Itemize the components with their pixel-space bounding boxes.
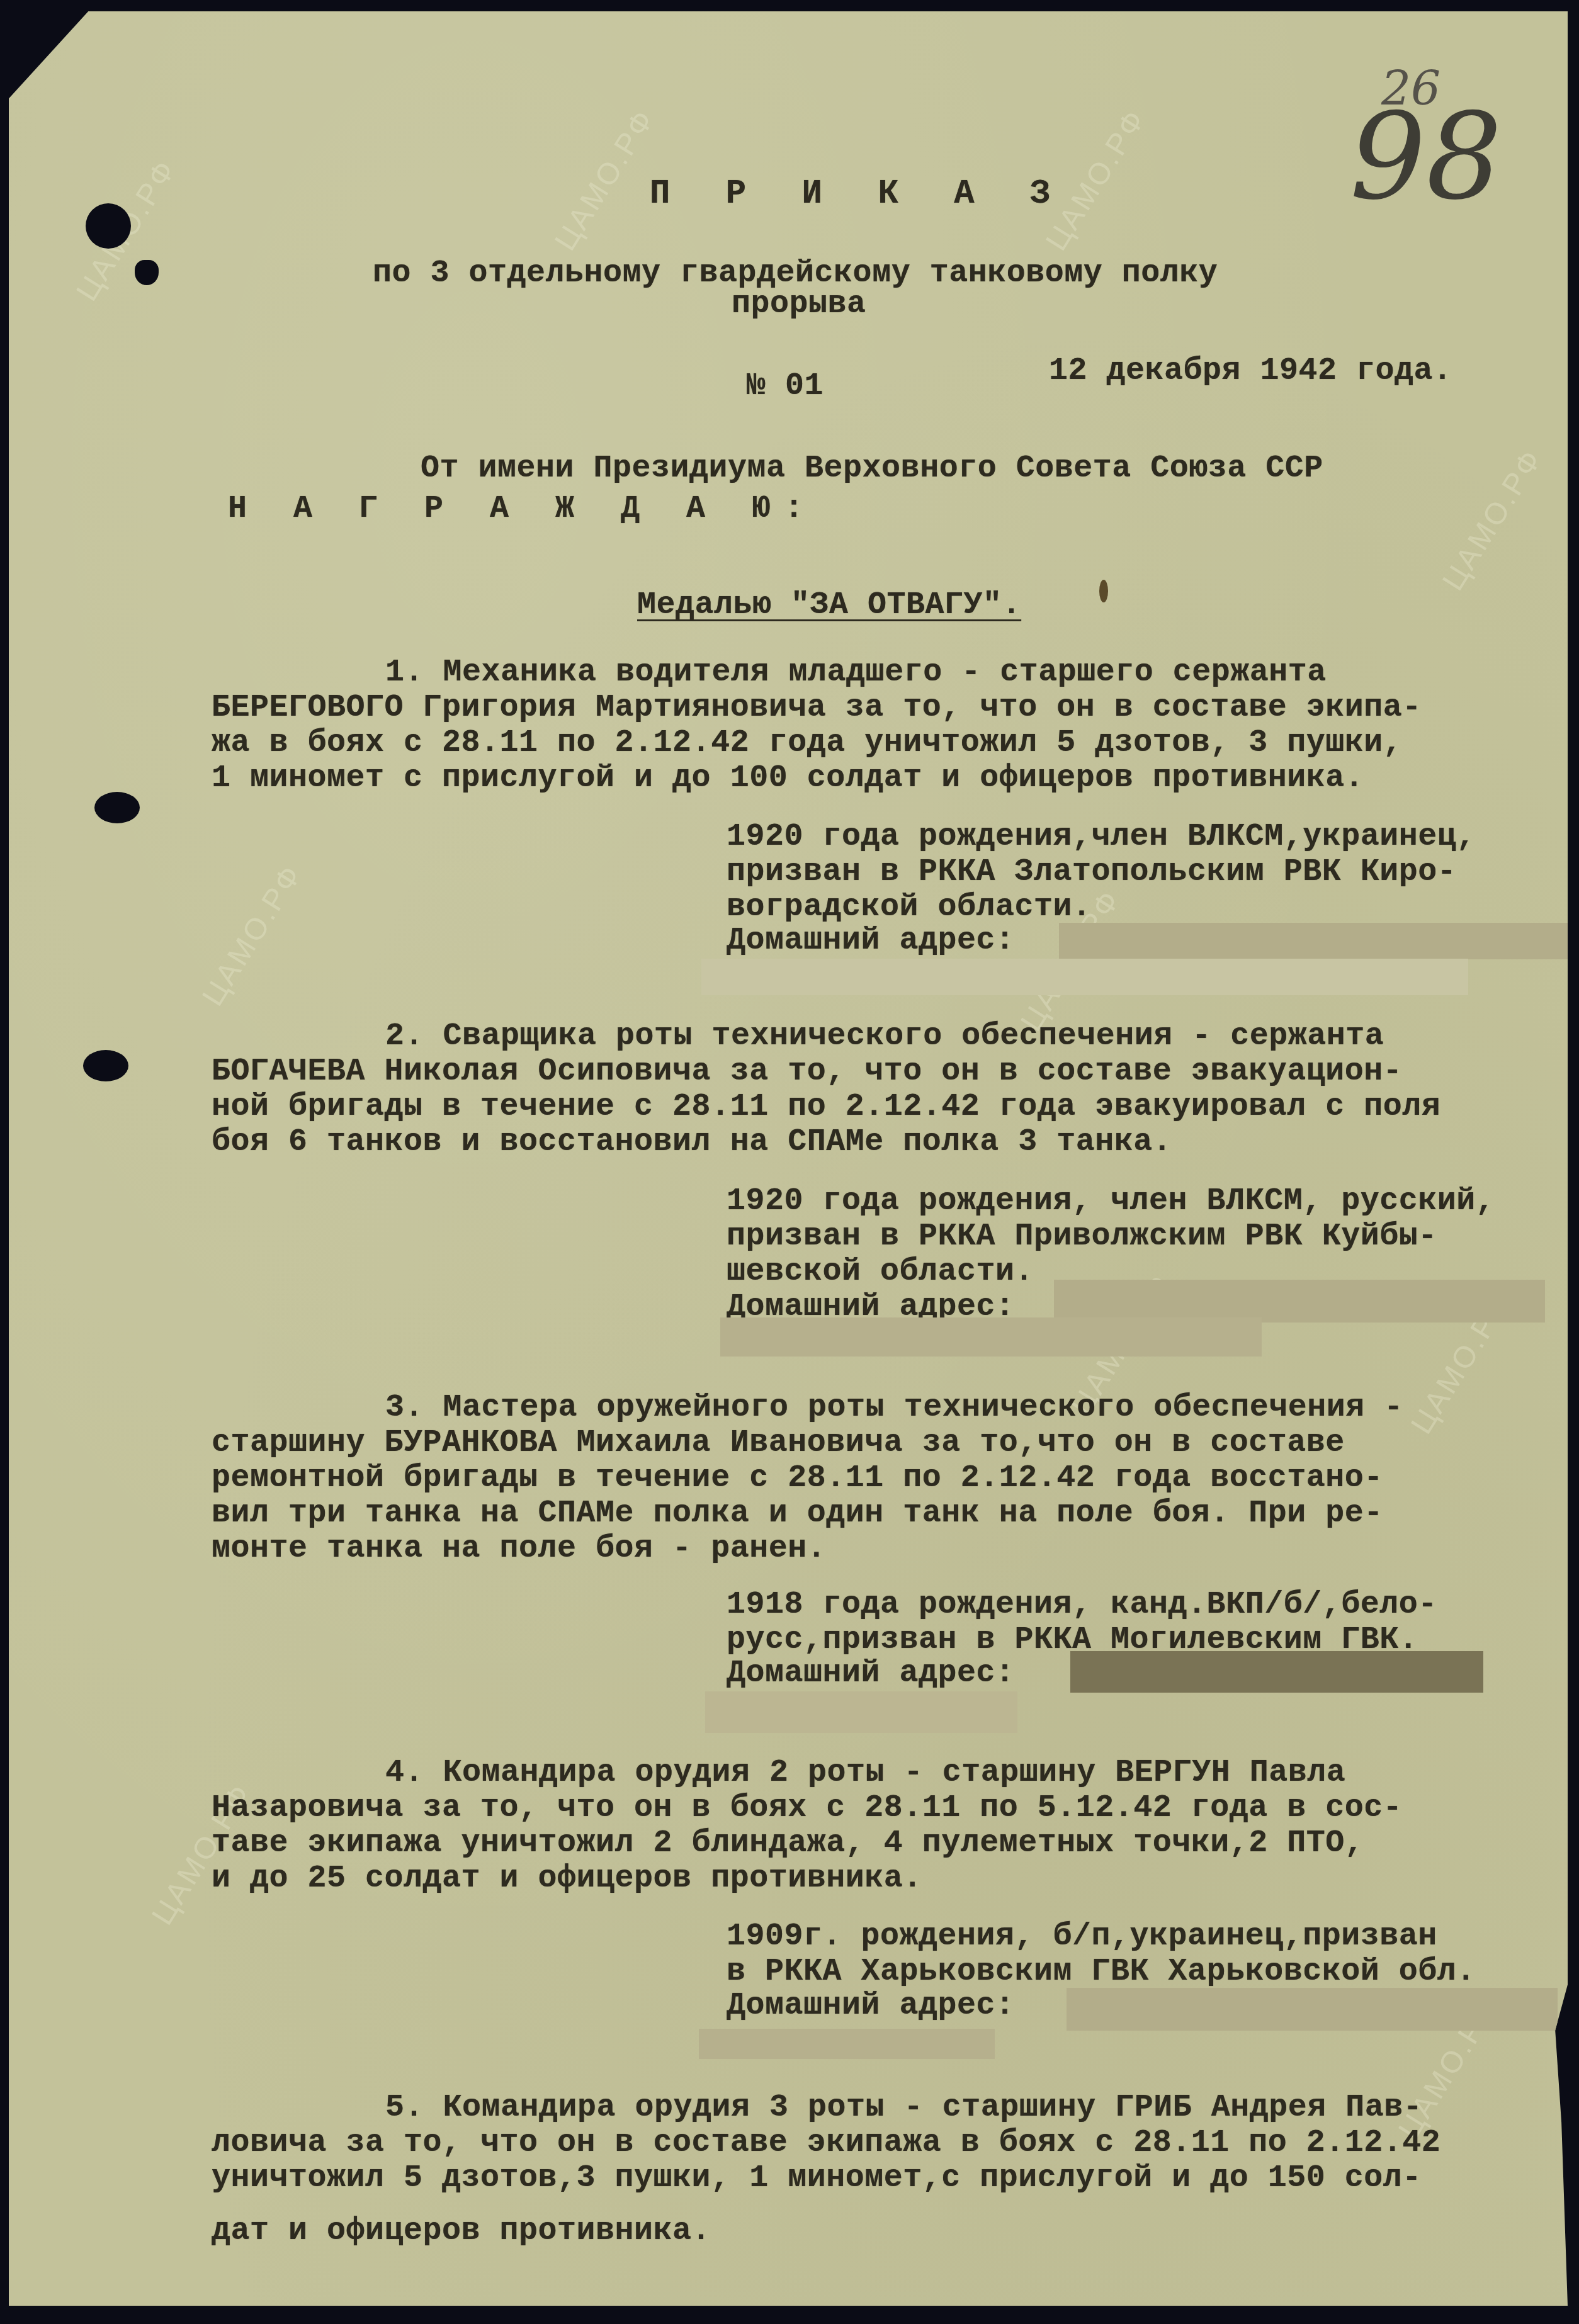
entry-bio-line: воградской области. [727, 889, 1092, 925]
redaction-block [1070, 1651, 1483, 1693]
redaction-block [699, 2029, 995, 2059]
redaction-block [705, 1691, 1017, 1733]
redaction-block [1059, 923, 1579, 959]
entry-text-line: 1. Механика водителя младшего - старшего… [385, 655, 1327, 691]
redaction-block [1067, 1988, 1558, 2031]
redaction-block [720, 1317, 1262, 1357]
redaction-block [701, 959, 1468, 995]
entry-text-line: 5. Командира орудия 3 роты - старшину ГР… [385, 2090, 1422, 2126]
preamble-awarding: Н А Г Р А Ж Д А Ю: [228, 491, 817, 527]
binding-hole [94, 792, 140, 823]
award-title: Медалью "ЗА ОТВАГУ". [637, 587, 1021, 623]
preamble-line: От имени Президиума Верховного Совета Со… [421, 451, 1323, 487]
document-title: П Р И К А З [650, 176, 1068, 212]
entry-text-line: ной бригады в течение с 28.11 по 2.12.42… [212, 1089, 1440, 1125]
entry-bio-line: в РККА Харьковским ГВК Харьковской обл. [727, 1954, 1476, 1990]
document-page: ЦАМО.РФ ЦАМО.РФ ЦАМО.РФ ЦАМО.РФ ЦАМО.РФ … [9, 11, 1568, 2306]
entry-text-line: уничтожил 5 дзотов,3 пушки, 1 миномет,с … [212, 2160, 1422, 2196]
order-date: 12 декабря 1942 года. [1049, 353, 1452, 389]
home-address-label: Домашний адрес: [727, 1988, 1015, 2024]
home-address-label: Домашний адрес: [727, 923, 1015, 959]
entry-text-line: и до 25 солдат и офицеров противника. [212, 1861, 922, 1897]
entry-text-line: 2. Сварщика роты технического обеспечени… [385, 1018, 1384, 1054]
entry-text-line: жа в боях с 28.11 по 2.12.42 года уничто… [212, 725, 1402, 761]
watermark: ЦАМО.РФ [1435, 443, 1549, 597]
document-subtitle-cont: прорыва [732, 286, 866, 322]
entry-bio-line: шевской области. [727, 1254, 1034, 1290]
entry-text-line: монте танка на поле боя - ранен. [212, 1531, 826, 1567]
entry-bio-line: призван в РККА Приволжским РВК Куйбы- [727, 1219, 1437, 1255]
archive-sheet-number: 98 [1350, 87, 1502, 226]
entry-text-line: Назаровича за то, что он в боях с 28.11 … [212, 1790, 1402, 1826]
entry-text-line: старшину БУРАНКОВА Михаила Ивановича за … [212, 1425, 1345, 1461]
entry-text-line: БЕРЕГОВОГО Григория Мартияновича за то, … [212, 690, 1422, 726]
binding-hole [86, 203, 131, 249]
entry-bio-line: призван в РККА Златопольским РВК Киро- [727, 854, 1456, 890]
entry-text-line: 4. Командира орудия 2 роты - старшину ВЕ… [385, 1755, 1345, 1791]
entry-text-line: 1 миномет с прислугой и до 100 солдат и … [212, 760, 1364, 796]
entry-text-line: ловича за то, что он в составе экипажа в… [212, 2125, 1440, 2161]
home-address-label: Домашний адрес: [727, 1656, 1015, 1691]
entry-text-line: таве экипажа уничтожил 2 блиндажа, 4 пул… [212, 1825, 1364, 1861]
entry-bio-line: 1918 года рождения, канд.ВКП/б/,бело- [727, 1587, 1437, 1623]
entry-text-line: боя 6 танков и восстановил на СПАМе полк… [212, 1124, 1172, 1160]
watermark: ЦАМО.РФ [195, 858, 309, 1012]
ink-spot [1099, 580, 1108, 602]
binding-hole [135, 260, 159, 285]
entry-text-line: БОГАЧЕВА Николая Осиповича за то, что он… [212, 1054, 1402, 1090]
entry-text-line: дат и офицеров противника. [212, 2213, 711, 2249]
watermark: ЦАМО.РФ [548, 103, 662, 257]
redaction-block [1054, 1280, 1545, 1323]
order-number: № 01 [747, 368, 823, 404]
entry-bio-line: 1920 года рождения, член ВЛКСМ, русский, [727, 1183, 1495, 1219]
entry-text-line: ремонтной бригады в течение с 28.11 по 2… [212, 1460, 1383, 1496]
entry-text-line: 3. Мастера оружейного роты технического … [385, 1390, 1403, 1426]
binding-hole [83, 1050, 128, 1081]
entry-bio-line: 1909г. рождения, б/п,украинец,призван [727, 1919, 1437, 1955]
entry-bio-line: 1920 года рождения,член ВЛКСМ,украинец, [727, 819, 1476, 855]
entry-text-line: вил три танка на СПАМе полка и один танк… [212, 1496, 1383, 1531]
